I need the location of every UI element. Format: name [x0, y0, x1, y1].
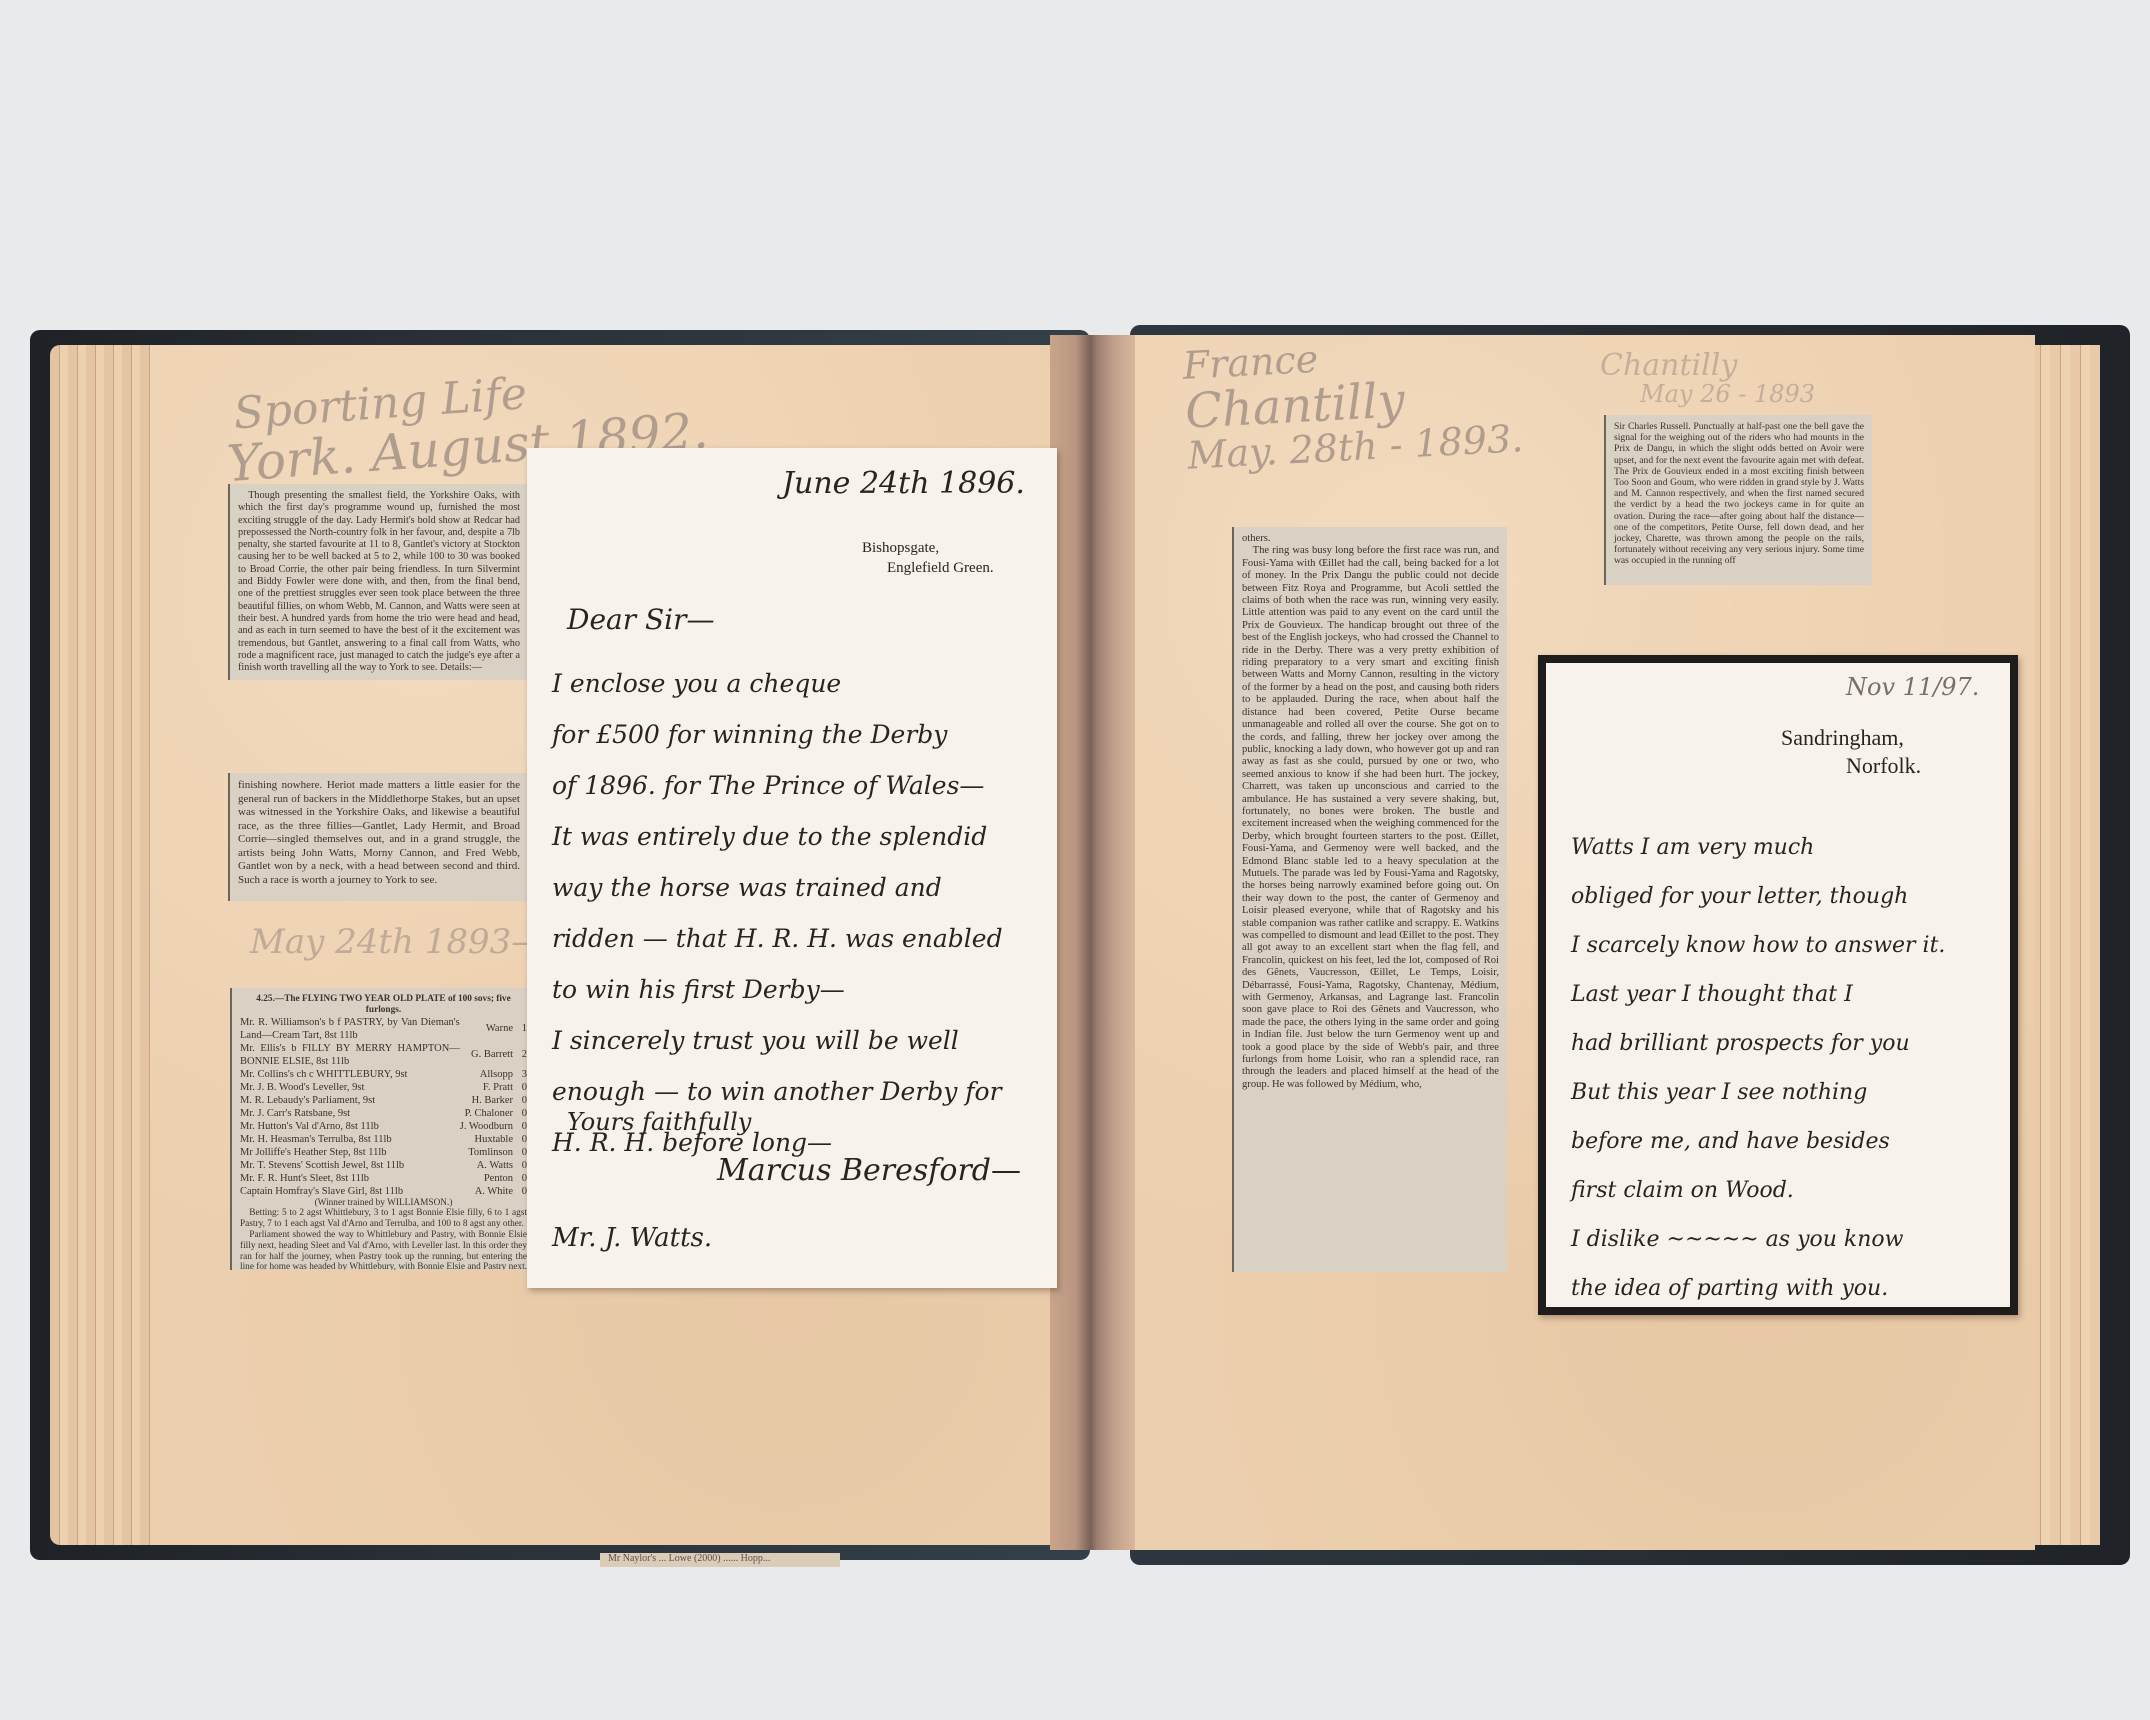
- race-entry-row: Mr. R. Williamson's b f PASTRY, by Van D…: [240, 1016, 527, 1042]
- clipping-text: others.: [1242, 533, 1499, 545]
- letter-line: for £500 for winning the Derby: [552, 709, 1042, 760]
- pencil-heading-right: France Chantilly May. 28th - 1893.: [1182, 329, 1524, 477]
- newspaper-clipping-flying-two-year-old-plate: 4.25.—The FLYING TWO YEAR OLD PLATE of 1…: [230, 988, 535, 1270]
- race-entry-jockey: P. Chaloner: [460, 1107, 513, 1120]
- letter-closing: Yours faithfully: [567, 1108, 751, 1136]
- pencil-heading-line1: Chantilly: [1600, 350, 1815, 382]
- race-entry-row: Mr. J. B. Wood's Leveller, 9stF. Pratt0: [240, 1081, 527, 1094]
- race-title: 4.25.—The FLYING TWO YEAR OLD PLATE of 1…: [240, 994, 527, 1016]
- race-entry-jockey: Tomlinson: [460, 1146, 513, 1159]
- letter-line: way the horse was trained and: [552, 862, 1042, 913]
- race-entry-row: M. R. Lebaudy's Parliament, 9stH. Barker…: [240, 1094, 527, 1107]
- letter-line: It was entirely due to the splendid: [552, 811, 1042, 862]
- letter-line: I enclose you a cheque: [552, 658, 1042, 709]
- letter-line: to win his first Derby—: [552, 964, 1042, 1015]
- letter-line: But this year I see nothing: [1571, 1068, 2001, 1117]
- race-entry-horse: Captain Homfray's Slave Girl, 8st 11lb: [240, 1185, 460, 1198]
- letter-line: the idea of parting with you.: [1571, 1264, 2001, 1313]
- race-entry-place: 0: [513, 1133, 527, 1146]
- letter-line: of 1896. for The Prince of Wales—: [552, 760, 1042, 811]
- race-entry-horse: M. R. Lebaudy's Parliament, 9st: [240, 1094, 460, 1107]
- race-entry-place: 0: [513, 1094, 527, 1107]
- page-edges-right: [2030, 345, 2100, 1545]
- race-entry-jockey: Allsopp: [460, 1068, 513, 1081]
- race-entry-place: 0: [513, 1107, 527, 1120]
- race-entry-horse: Mr. Ellis's b FILLY BY MERRY HAMPTON—BON…: [240, 1042, 460, 1068]
- letter-body: I enclose you a chequefor £500 for winni…: [552, 658, 1042, 1168]
- letter-line: first claim on Wood.: [1571, 1166, 2001, 1215]
- race-entry-place: 0: [513, 1159, 527, 1172]
- clipping-text: The ring was busy long before the first …: [1242, 545, 1499, 1091]
- race-entry-horse: Mr. Collins's ch c WHITTLEBURY, 9st: [240, 1068, 460, 1081]
- race-entry-row: Mr. H. Heasman's Terrulba, 8st 11lbHuxta…: [240, 1133, 527, 1146]
- letter-line: I scarcely know how to answer it.: [1571, 921, 2001, 970]
- race-entry-row: Captain Homfray's Slave Girl, 8st 11lbA.…: [240, 1185, 527, 1198]
- letter-date: June 24th 1896.: [782, 466, 1025, 501]
- letter-line: Watts I am very much: [1571, 823, 2001, 872]
- letter-line: before me, and have besides: [1571, 1117, 2001, 1166]
- race-entry-place: 0: [513, 1146, 527, 1159]
- race-report-text: Parliament showed the way to Whittlebury…: [240, 1230, 527, 1270]
- letter-line: ridden — that H. R. H. was enabled: [552, 913, 1042, 964]
- race-entry-horse: Mr. T. Stevens' Scottish Jewel, 8st 11lb: [240, 1159, 460, 1172]
- letter-line: had brilliant prospects for you: [1571, 1019, 2001, 1068]
- race-entry-place: 0: [513, 1172, 527, 1185]
- letter-beresford: June 24th 1896. Bishopsgate, Englefield …: [527, 448, 1057, 1288]
- newspaper-clipping-chantilly-short: Sir Charles Russell. Punctually at half-…: [1604, 415, 1872, 585]
- letter-addressee: Mr. J. Watts.: [552, 1223, 712, 1253]
- race-entry-row: Mr. F. R. Hunt's Sleet, 8st 11lbPenton0: [240, 1172, 527, 1185]
- race-entry-place: 0: [513, 1185, 527, 1198]
- race-entry-place: 1: [513, 1016, 527, 1042]
- clipping-text: finishing nowhere. Heriot made matters a…: [238, 779, 520, 887]
- letter-address-line2: Englefield Green.: [887, 560, 994, 577]
- race-entry-place: 3: [513, 1068, 527, 1081]
- letter-date: Nov 11/97.: [1846, 673, 1979, 701]
- race-entry-horse: Mr. Hutton's Val d'Arno, 8st 11lb: [240, 1120, 460, 1133]
- pencil-date-left: May 24th 1893—: [250, 925, 545, 961]
- race-entry-row: Mr Jolliffe's Heather Step, 8st 11lbToml…: [240, 1146, 527, 1159]
- race-entry-horse: Mr. R. Williamson's b f PASTRY, by Van D…: [240, 1016, 460, 1042]
- book-spine-gutter: [1050, 335, 1135, 1550]
- betting-text: Betting: 5 to 2 agst Whittlebury, 3 to 1…: [240, 1208, 527, 1230]
- letter-salutation: Dear Sir—: [567, 603, 715, 636]
- bottom-clipping-stub: Mr Naylor's ... Lowe (2000) ...... Hopp.…: [600, 1553, 840, 1567]
- race-entry-jockey: G. Barrett: [460, 1042, 513, 1068]
- race-entry-jockey: J. Woodburn: [460, 1120, 513, 1133]
- race-results-table: Mr. R. Williamson's b f PASTRY, by Van D…: [240, 1016, 527, 1198]
- race-entry-horse: Mr. H. Heasman's Terrulba, 8st 11lb: [240, 1133, 460, 1146]
- newspaper-clipping-chantilly-derby: others. The ring was busy long before th…: [1232, 527, 1507, 1272]
- race-entry-jockey: A. Watts: [460, 1159, 513, 1172]
- race-entry-horse: Mr. F. R. Hunt's Sleet, 8st 11lb: [240, 1172, 460, 1185]
- letter-address-line1: Sandringham,: [1781, 725, 1904, 751]
- race-entry-jockey: H. Barker: [460, 1094, 513, 1107]
- letter-signature: Marcus Beresford—: [717, 1153, 1021, 1188]
- letter-line: obliged for your letter, though: [1571, 872, 2001, 921]
- letter-address-line2: Norfolk.: [1846, 753, 1921, 779]
- letter-line: I sincerely trust you will be well: [552, 1015, 1042, 1066]
- newspaper-clipping-york-oaks: Though presenting the smallest field, th…: [228, 484, 528, 680]
- race-entry-row: Mr. T. Stevens' Scottish Jewel, 8st 11lb…: [240, 1159, 527, 1172]
- race-entry-place: 0: [513, 1081, 527, 1094]
- race-entry-row: Mr. Hutton's Val d'Arno, 8st 11lbJ. Wood…: [240, 1120, 527, 1133]
- race-entry-row: Mr. Ellis's b FILLY BY MERRY HAMPTON—BON…: [240, 1042, 527, 1068]
- race-entry-row: Mr. J. Carr's Ratsbane, 9stP. Chaloner0: [240, 1107, 527, 1120]
- letter-body: Watts I am very muchobliged for your let…: [1571, 823, 2001, 1313]
- race-entry-place: 0: [513, 1120, 527, 1133]
- page-edges-left: [50, 345, 155, 1545]
- race-entry-jockey: A. White: [460, 1185, 513, 1198]
- race-entry-jockey: Huxtable: [460, 1133, 513, 1146]
- race-entry-jockey: F. Pratt: [460, 1081, 513, 1094]
- race-entry-row: Mr. Collins's ch c WHITTLEBURY, 9stAllso…: [240, 1068, 527, 1081]
- race-entry-jockey: Penton: [460, 1172, 513, 1185]
- clipping-text: Sir Charles Russell. Punctually at half-…: [1614, 421, 1864, 567]
- pencil-heading-line2: May 26 - 1893: [1640, 382, 1815, 407]
- newspaper-clipping-middlethorpe: finishing nowhere. Heriot made matters a…: [228, 773, 528, 901]
- race-entry-place: 2: [513, 1042, 527, 1068]
- letter-sandringham: Nov 11/97. Sandringham, Norfolk. Watts I…: [1538, 655, 2018, 1315]
- race-entry-horse: Mr. J. Carr's Ratsbane, 9st: [240, 1107, 460, 1120]
- race-entry-horse: Mr. J. B. Wood's Leveller, 9st: [240, 1081, 460, 1094]
- letter-address-line1: Bishopsgate,: [862, 540, 939, 557]
- letter-line: Last year I thought that I: [1571, 970, 2001, 1019]
- race-entry-jockey: Warne: [460, 1016, 513, 1042]
- clipping-text: Though presenting the smallest field, th…: [238, 490, 520, 674]
- race-entry-horse: Mr Jolliffe's Heather Step, 8st 11lb: [240, 1146, 460, 1159]
- letter-line: I dislike ~~~~~ as you know: [1571, 1215, 2001, 1264]
- pencil-heading-right-2: Chantilly May 26 - 1893: [1600, 350, 1815, 407]
- trainer-note: (Winner trained by WILLIAMSON.): [240, 1198, 527, 1209]
